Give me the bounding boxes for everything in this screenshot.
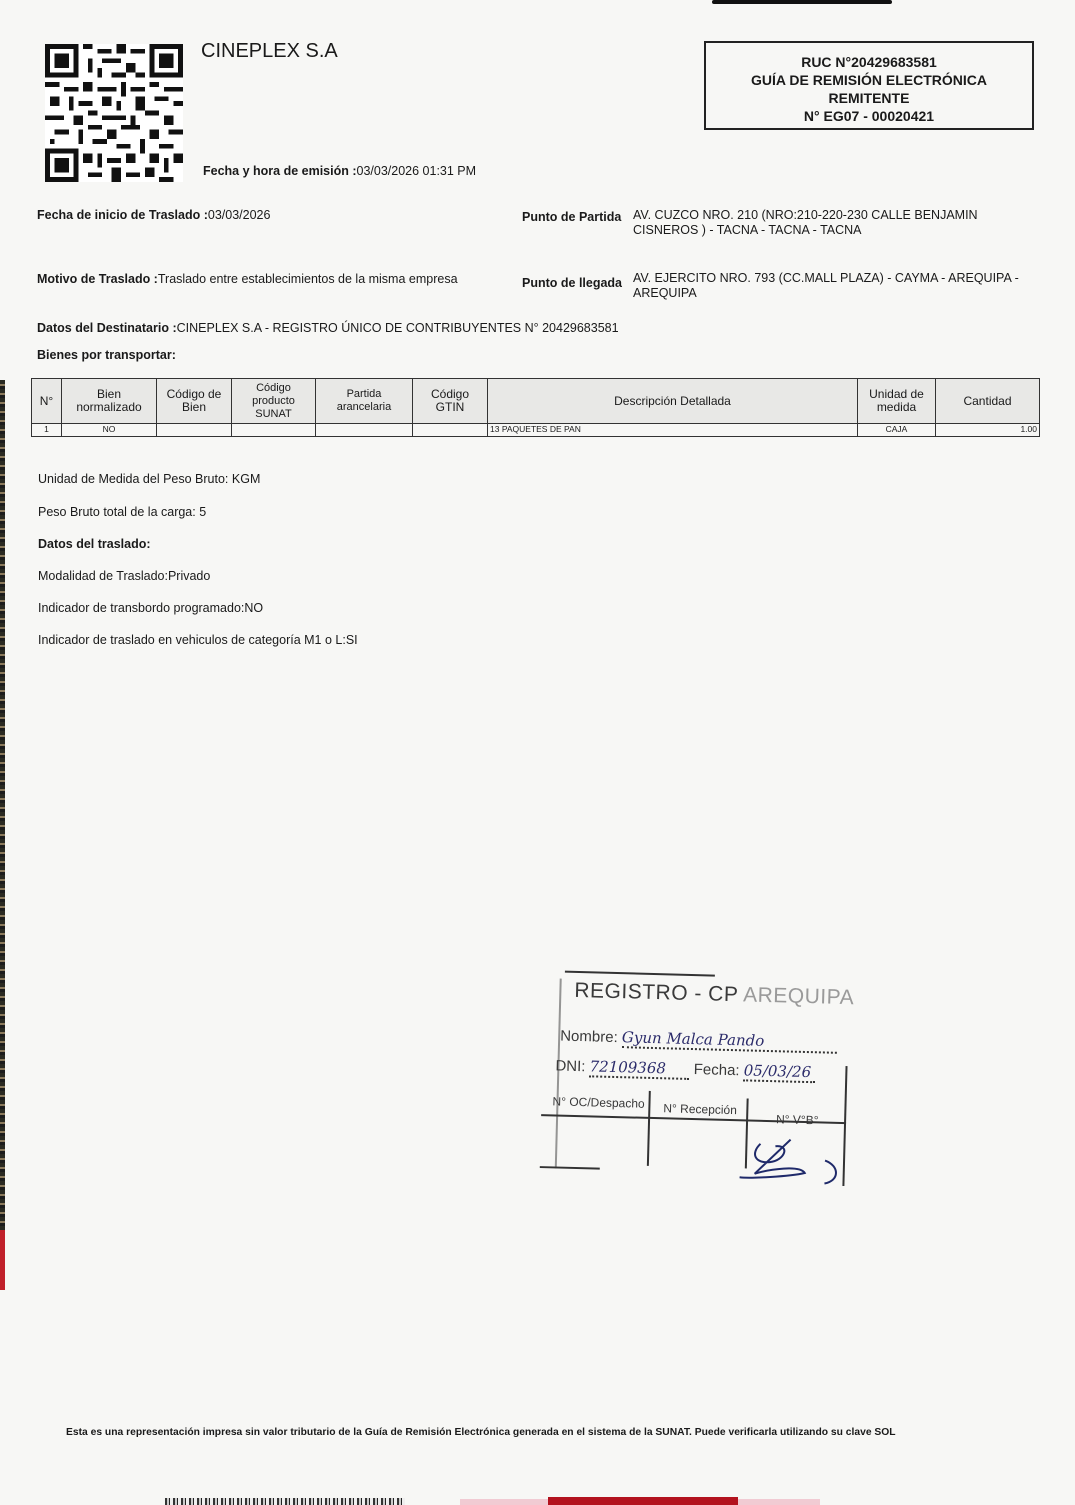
weight-unit: Unidad de Medida del Peso Bruto: KGM: [38, 472, 260, 486]
vehicle-category-indicator: Indicador de traslado en vehiculos de ca…: [38, 633, 358, 647]
goods-title: Bienes por transportar:: [37, 348, 176, 362]
stamp-col-order: N° OC/Despacho: [552, 1094, 645, 1110]
recipient-label: Datos del Destinatario :: [37, 321, 177, 335]
start-date: Fecha de inicio de Traslado :03/03/2026: [37, 208, 270, 222]
scan-edge-left: [0, 380, 5, 1290]
col-item-code: Código de Bien: [157, 379, 232, 424]
transfer-mode-value: Privado: [168, 569, 210, 583]
stamp-name-value: Gyun Malca Pando: [622, 1028, 837, 1054]
col-tariff: Partida arancelaria: [316, 379, 413, 424]
cell-number: 1: [32, 424, 62, 437]
weight-unit-value: KGM: [232, 472, 260, 486]
issue-datetime-label: Fecha y hora de emisión :: [203, 164, 357, 178]
cell-tariff: [316, 424, 413, 437]
transfer-reason-label: Motivo de Traslado :: [37, 272, 158, 286]
table-row: 1 NO 13 PAQUETES DE PAN CAJA 1.00: [32, 424, 1040, 437]
start-date-value: 03/03/2026: [208, 208, 271, 222]
stamp-title: REGISTRO - CP AREQUIPA: [574, 979, 854, 1010]
cell-item-code: [157, 424, 232, 437]
transshipment-label: Indicador de transbordo programado:: [38, 601, 244, 615]
cell-description: 13 PAQUETES DE PAN: [488, 424, 858, 437]
transshipment-value: NO: [244, 601, 263, 615]
transfer-mode-label: Modalidad de Traslado:: [38, 569, 168, 583]
stamp-name-label: Nombre:: [560, 1028, 618, 1047]
stamp-name-row: Nombre: Gyun Malca Pando: [560, 1027, 837, 1054]
document-type: GUÍA DE REMISIÓN ELECTRÓNICA: [706, 71, 1032, 89]
arrival-point-label: Punto de llegada: [522, 276, 622, 290]
goods-table: N° Bien normalizado Código de Bien Códig…: [31, 378, 1040, 437]
cell-gtin: [413, 424, 488, 437]
vehicle-category-label: Indicador de traslado en vehiculos de ca…: [38, 633, 346, 647]
qr-code-icon: [45, 44, 183, 182]
stamp-dni-row: DNI: 72109368 Fecha: 05/03/26: [555, 1056, 816, 1083]
col-quantity: Cantidad: [936, 379, 1040, 424]
cell-unit: CAJA: [858, 424, 936, 437]
gross-weight-value: 5: [199, 505, 206, 519]
document-number: N° EG07 - 00020421: [706, 107, 1032, 125]
col-description: Descripción Detallada: [488, 379, 858, 424]
col-gtin: Código GTIN: [413, 379, 488, 424]
col-unit: Unidad de medida: [858, 379, 936, 424]
col-number: N°: [32, 379, 62, 424]
cell-normalized: NO: [62, 424, 157, 437]
col-sunat-code: Código producto SUNAT: [232, 379, 316, 424]
scan-edge-left-red: [0, 1230, 5, 1290]
scan-edge-bottom-red: [548, 1497, 738, 1505]
ruc-box: RUC N°20429683581 GUÍA DE REMISIÓN ELECT…: [704, 41, 1034, 130]
transfer-data-title: Datos del traslado:: [38, 537, 151, 551]
issue-datetime-value: 03/03/2026 01:31 PM: [357, 164, 477, 178]
stamp-col-reception: N° Recepción: [663, 1101, 737, 1117]
arrival-point-value: AV. EJERCITO NRO. 793 (CC.MALL PLAZA) - …: [633, 271, 1033, 301]
stamp-dni-label: DNI:: [555, 1057, 585, 1075]
departure-point-label: Punto de Partida: [522, 210, 621, 224]
departure-point-value: AV. CUZCO NRO. 210 (NRO:210-220-230 CALL…: [633, 208, 1033, 238]
reception-stamp: REGISTRO - CP AREQUIPA Nombre: Gyun Malc…: [534, 968, 855, 1191]
cell-sunat-code: [232, 424, 316, 437]
document-subtype: REMITENTE: [706, 89, 1032, 107]
transfer-reason-value: Traslado entre establecimientos de la mi…: [158, 272, 458, 286]
stamp-dni-value: 72109368: [589, 1057, 689, 1080]
start-date-label: Fecha de inicio de Traslado :: [37, 208, 208, 222]
gross-weight-label: Peso Bruto total de la carga:: [38, 505, 196, 519]
stamp-date-value: 05/03/26: [743, 1061, 815, 1083]
company-name: CINEPLEX S.A: [201, 40, 338, 63]
transshipment-indicator: Indicador de transbordo programado:NO: [38, 601, 263, 615]
col-normalized: Bien normalizado: [62, 379, 157, 424]
scan-edge-bottom: [165, 1498, 405, 1505]
gross-weight: Peso Bruto total de la carga: 5: [38, 505, 206, 519]
recipient: Datos del Destinatario :CINEPLEX S.A - R…: [37, 321, 619, 335]
vehicle-category-value: SI: [346, 633, 358, 647]
stamp-date-label: Fecha:: [694, 1061, 740, 1079]
recipient-value: CINEPLEX S.A - REGISTRO ÚNICO DE CONTRIB…: [177, 321, 619, 335]
scan-edge-top: [712, 0, 892, 4]
transfer-reason: Motivo de Traslado :Traslado entre estab…: [37, 272, 458, 286]
stamp-title-faded: AREQUIPA: [743, 983, 855, 1009]
ruc-number: RUC N°20429683581: [706, 53, 1032, 71]
legal-footer: Esta es una representación impresa sin v…: [66, 1427, 896, 1438]
cell-quantity: 1.00: [936, 424, 1040, 437]
weight-unit-label: Unidad de Medida del Peso Bruto:: [38, 472, 228, 486]
issue-datetime: Fecha y hora de emisión :03/03/2026 01:3…: [203, 164, 476, 178]
signature-icon: [729, 1133, 850, 1186]
goods-table-header: N° Bien normalizado Código de Bien Códig…: [32, 379, 1040, 424]
transfer-mode: Modalidad de Traslado:Privado: [38, 569, 210, 583]
